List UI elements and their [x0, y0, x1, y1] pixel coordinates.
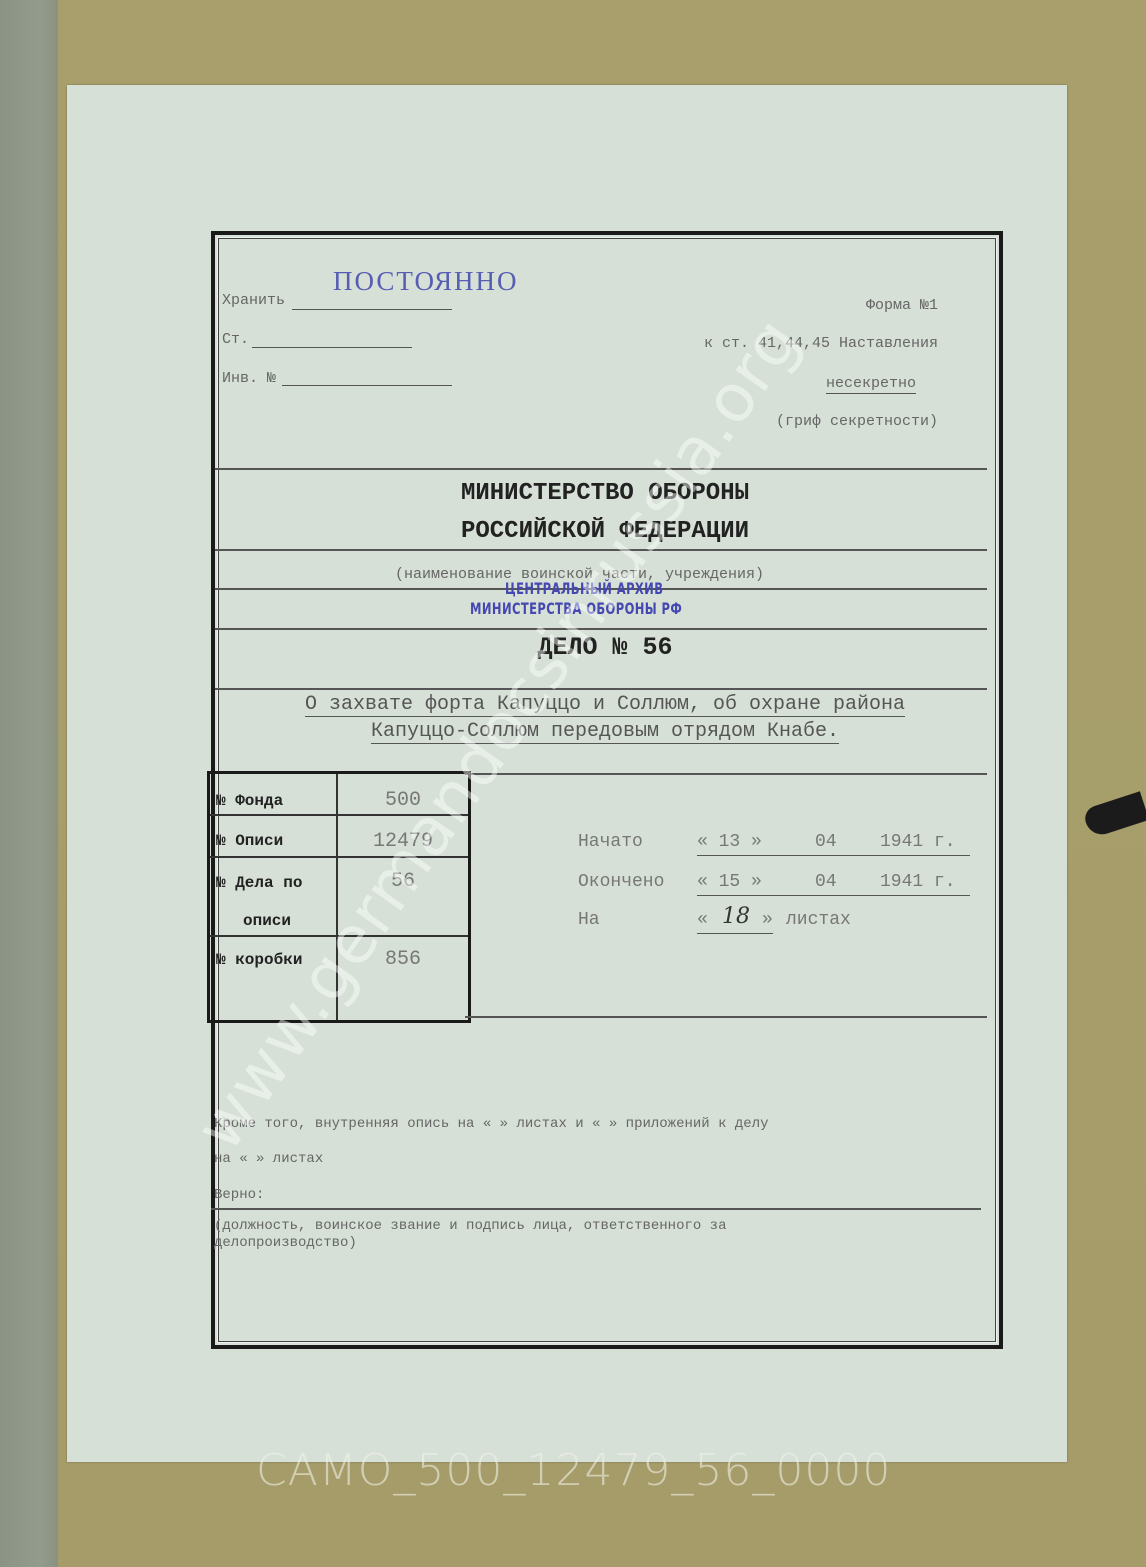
image-id-label: CAMO_500_12479_56_0000 [256, 1445, 891, 1496]
case-subject-line-2: Капуццо-Соллюм передовым отрядом Кнабе. [215, 720, 995, 743]
keep-label: Хранить [222, 292, 285, 309]
inventory-field-line [282, 385, 452, 386]
classification-caption: (гриф секретности) [776, 413, 938, 430]
inventory-label: Инв. № [222, 370, 276, 387]
finished-month: 04 [815, 872, 837, 892]
started-month: 04 [815, 832, 837, 852]
started-underline [697, 855, 970, 856]
fond-label: № Фонда [210, 792, 336, 810]
finished-day: « 15 » [697, 872, 762, 892]
finished-label: Окончено [578, 872, 664, 892]
opis-label: № Описи [210, 832, 336, 850]
signature-line [211, 1208, 981, 1210]
finished-underline [697, 895, 970, 896]
finished-year: 1941 г. [880, 872, 956, 892]
classification-value: несекретно [826, 375, 916, 394]
divider [215, 468, 987, 470]
sheets-underline [697, 933, 773, 934]
divider [215, 688, 987, 690]
sheets-count-handwritten: 18 [722, 904, 750, 929]
ministry-line-1: МИНИСТЕРСТВО ОБОРОНЫ [215, 480, 995, 507]
divider [465, 1016, 987, 1018]
left-background-strip [0, 0, 58, 1567]
signature-caption: (должность, воинское звание и подпись ли… [214, 1218, 726, 1234]
started-day: « 13 » [697, 832, 762, 852]
started-label: Начато [578, 832, 643, 852]
signature-caption-2: делопроизводство) [214, 1235, 357, 1251]
sheets-open-quote: « [697, 910, 708, 930]
article-label: Ст. [222, 331, 249, 348]
sheets-word: листах [786, 910, 851, 930]
started-year: 1941 г. [880, 832, 956, 852]
sheets-label: На [578, 910, 600, 930]
permanent-stamp: ПОСТОЯННО [333, 266, 519, 297]
sheets-close-quote: » [762, 910, 773, 930]
form-number: Форма №1 [866, 297, 938, 314]
article-field-line [252, 347, 412, 348]
delo-label: № Дела по [210, 874, 336, 892]
divider [465, 773, 987, 775]
verified-label: Верно: [214, 1187, 264, 1203]
internal-inventory-line: Кроме того, внутренняя опись на « » лист… [214, 1116, 769, 1132]
keep-field-line [292, 309, 452, 310]
case-subject-line-1: О захвате форта Капуццо и Соллюм, об охр… [215, 693, 995, 716]
